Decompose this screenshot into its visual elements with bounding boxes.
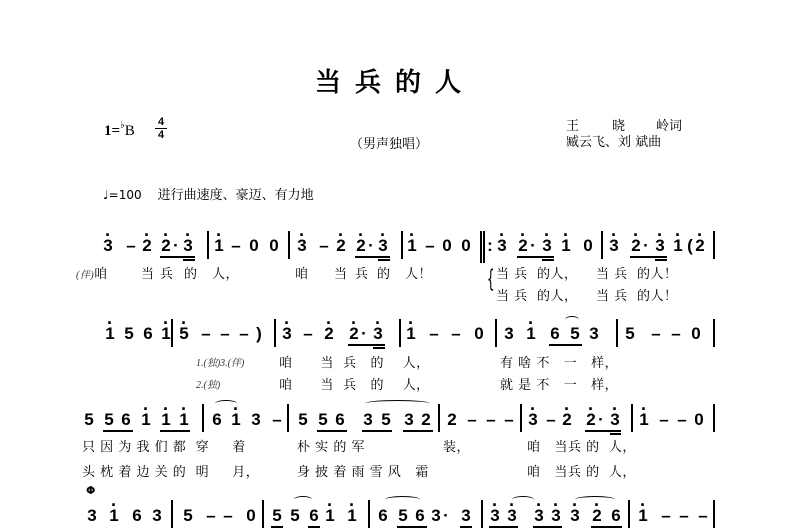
verse-label-2: 2.(独)	[196, 376, 220, 391]
lyrics-line: 朴 实 的 军	[297, 436, 365, 455]
verse-label-1: 1.(独)3.(伴)	[196, 354, 244, 369]
credits: 王晓岭词 臧云飞、刘 斌曲	[566, 119, 682, 151]
coda-sign: Φ	[86, 484, 95, 497]
performance-type: （男声独唱）	[350, 133, 428, 152]
lyricist-credit: 王晓岭词	[566, 119, 682, 135]
song-title: 当兵的人	[0, 62, 790, 99]
key-signature: 1=♭B	[104, 120, 135, 140]
lyrics-line: 头 枕 着 边 关 的 明 月，	[82, 461, 259, 480]
lyrics-line: 有 啥 不 一 样，	[500, 352, 618, 371]
repeat-brace: {	[487, 262, 495, 296]
lyrics-line: 就 是 不 一 样，	[500, 374, 618, 393]
time-signature: 4 4	[155, 117, 167, 140]
repeat-lyrics-2: 当 兵 的人， 当 兵 的人！	[496, 285, 677, 304]
composer-credit: 臧云飞、刘 斌曲	[566, 135, 682, 151]
tempo-marking: ♩=100进行曲速度、豪迈、有力地	[103, 184, 314, 203]
lyrics-line: 咱 当 兵 的 人，	[279, 374, 430, 393]
lyrics-line: 身 披 着 雨 雪 风 霜	[297, 461, 429, 480]
lyrics-line: 只 因 为 我 们 都 穿 着	[82, 436, 246, 455]
lyrics-line: 咱 当兵 的 人，	[527, 461, 636, 480]
repeat-lyrics-1: 当 兵 的人， 当 兵 的人！	[496, 263, 677, 282]
lyrics-line: 咱 当 兵 的 人，	[279, 352, 430, 371]
lyrics-line: (伴)咱	[76, 263, 108, 282]
lyrics-line: 咱 当兵 的 人，	[527, 436, 636, 455]
